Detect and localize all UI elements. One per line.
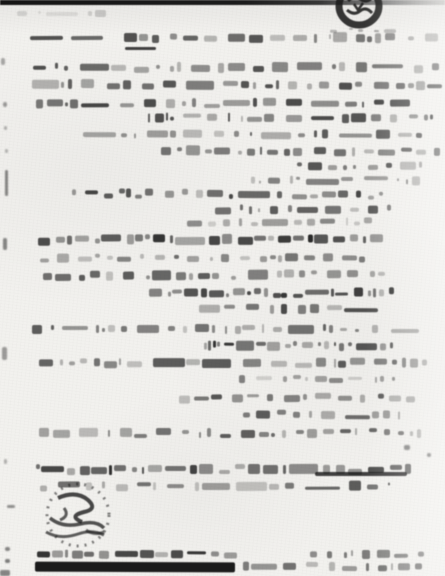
text-line [235,375,395,384]
margin-ink-mark [1,58,5,65]
text-line [248,176,430,186]
margin-ink-mark [4,459,7,464]
margin-ink-mark [5,149,8,153]
text-line [184,217,372,227]
text-line [35,562,235,573]
margin-ink-mark [7,505,15,508]
text-line [315,472,407,476]
text-line [295,162,425,172]
margin-ink-mark [5,170,8,196]
text-line [148,287,394,298]
text-line [145,112,441,123]
margin-ink-mark [3,102,7,107]
margin-ink-mark [5,559,10,563]
text-line [35,98,410,109]
margin-ink-mark [0,570,10,576]
margin-ink-mark [2,347,7,360]
margin-ink-mark [5,547,10,551]
text-line [38,253,368,264]
text-line [308,550,430,560]
text-line [40,480,398,491]
text-line [40,269,385,281]
text-line [198,304,390,315]
text-line [35,233,391,246]
text-line [204,341,400,352]
text-line [68,188,390,199]
text-line [240,562,422,572]
text-line [33,62,439,74]
margin-ink-mark [404,445,410,450]
scanned-document-page [0,0,445,576]
official-seal-icon [334,0,384,33]
text-line [80,128,422,140]
handwritten-text-block [0,0,445,576]
text-line [123,32,159,45]
margin-ink-mark [427,453,431,457]
text-line [35,549,240,559]
text-line [71,36,103,40]
text-line [35,358,427,369]
text-line [240,409,406,420]
text-line [214,204,396,215]
text-line [158,145,440,157]
text-line [30,79,442,93]
text-line [35,428,427,438]
text-line [30,36,63,40]
text-line [178,392,424,403]
text-line [125,47,156,50]
pencil-annotation [14,9,106,17]
margin-ink-mark [3,238,7,250]
margin-ink-mark [4,126,7,130]
text-line [30,324,426,334]
